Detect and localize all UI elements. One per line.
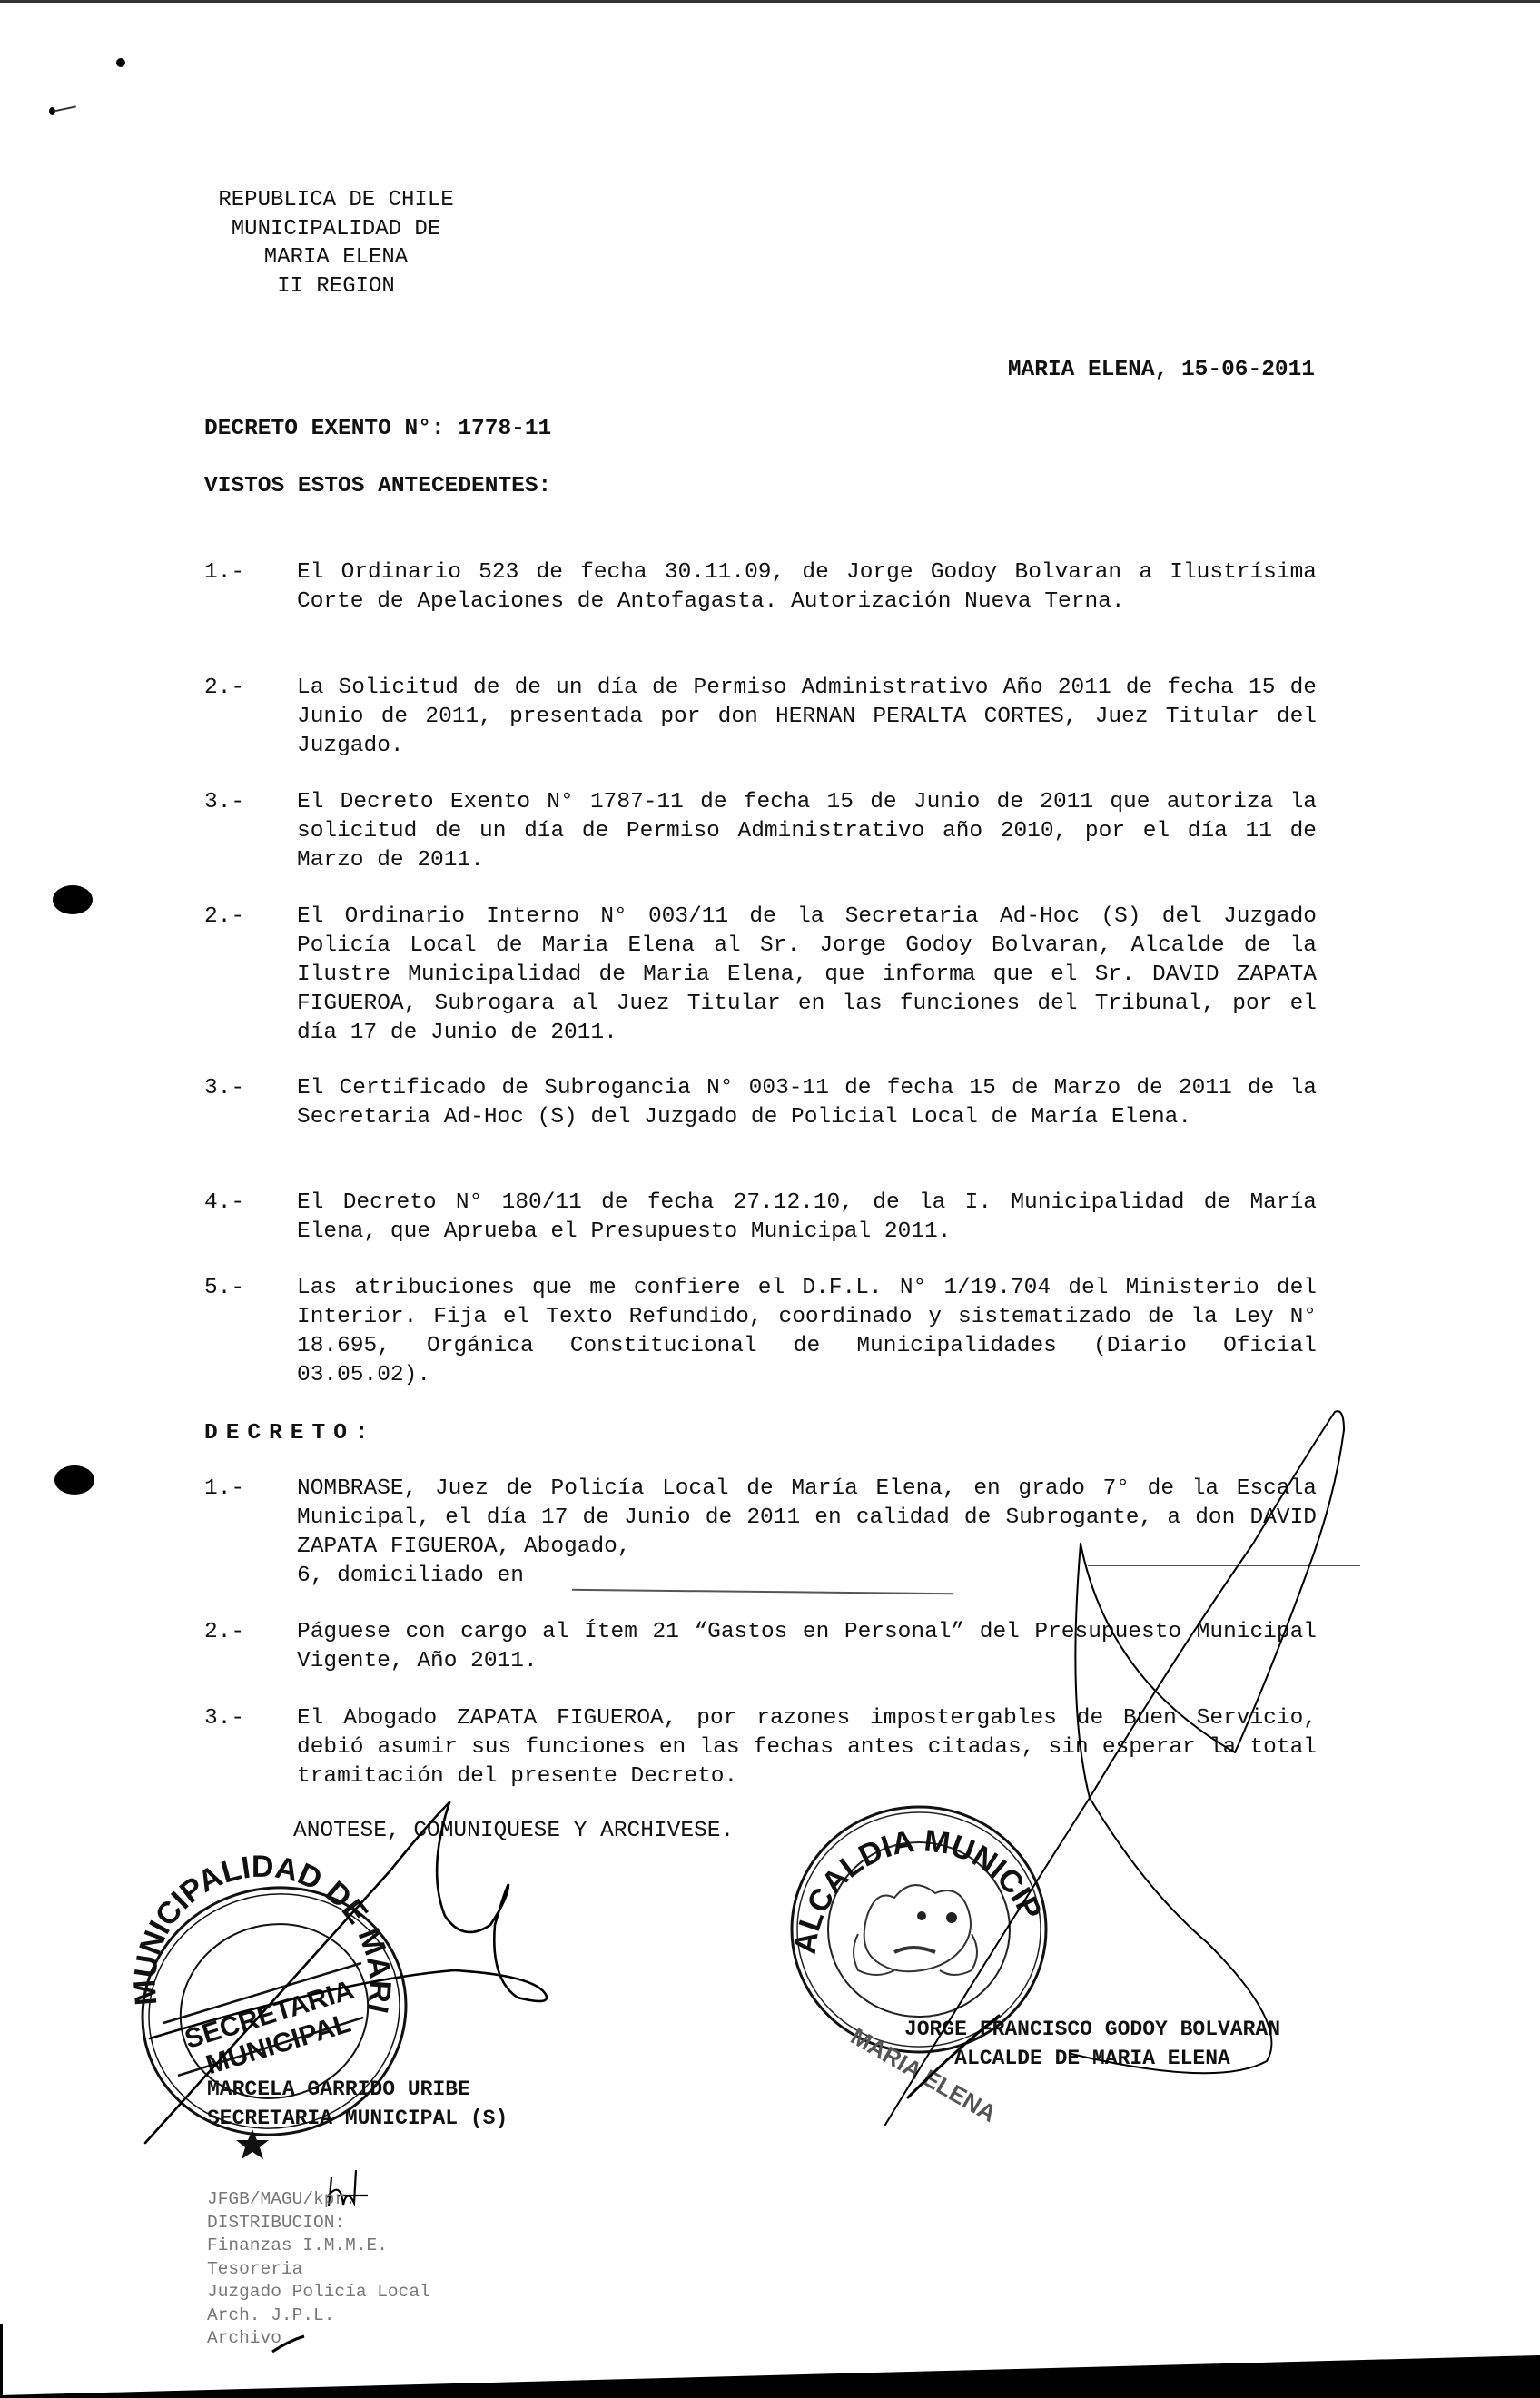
item-text: El Certificado de Subrogancia N° 003-11 … [297, 1074, 1317, 1132]
decree-number: DECRETO EXENTO N°: 1778-11 [204, 415, 551, 444]
item-number: 2.- [204, 1618, 295, 1647]
distribution-item: Finanzas I.M.M.E. [207, 2235, 430, 2258]
scan-mark [116, 58, 125, 67]
letterhead-line: II REGION [182, 272, 490, 301]
decreto-heading: DECRETO: [204, 1419, 377, 1448]
item-number: 2.- [204, 903, 295, 932]
item-text: Las atribuciones que me confiere el D.F.… [297, 1274, 1317, 1390]
vistos-heading: VISTOS ESTOS ANTECEDENTES: [204, 472, 551, 501]
scan-edge-top [0, 0, 1540, 3]
distribution-heading: DISTRIBUCION: [207, 2212, 430, 2235]
signatory-name: JORGE FRANCISCO GODOY BOLVARAN [861, 2015, 1324, 2044]
item-number: 3.- [204, 788, 295, 817]
letterhead-line: MUNICIPALIDAD DE [182, 215, 490, 244]
closing-formula: ANOTESE, COMUNIQUESE Y ARCHIVESE. [293, 1817, 734, 1846]
scan-edge-bottom [0, 2324, 1540, 2398]
item-text: El Decreto Exento N° 1787-11 de fecha 15… [297, 788, 1317, 875]
signatory-right: JORGE FRANCISCO GODOY BOLVARAN ALCALDE D… [861, 2015, 1324, 2073]
signatory-name: MARCELA GARRIDO URIBE [207, 2075, 508, 2104]
item-text: Páguese con cargo al Ítem 21 “Gastos en … [297, 1618, 1317, 1676]
distribution-item: Tesoreria [207, 2258, 430, 2282]
item-text: La Solicitud de de un día de Permiso Adm… [297, 674, 1317, 761]
redaction-patch [1088, 1535, 1360, 1566]
scan-mark [53, 105, 76, 112]
item-number: 1.- [204, 1475, 295, 1504]
item-number: 3.- [204, 1074, 295, 1103]
coat-of-arms-icon [854, 1885, 977, 1975]
item-number: 3.- [204, 1704, 295, 1733]
punch-hole [53, 885, 93, 914]
item-text-line4: 6, domiciliado en [297, 1564, 524, 1588]
item-number: 4.- [204, 1189, 295, 1218]
stamp-center-line2: MUNICIPAL [202, 2008, 354, 2081]
reference-initials: JFGB/MAGU/kpr. [207, 2188, 430, 2212]
item-number: 1.- [204, 558, 295, 587]
place-date: MARIA ELENA, 15-06-2011 [1008, 356, 1315, 385]
distribution-item: Juzgado Policía Local [207, 2281, 430, 2304]
signatory-title: ALCALDE DE MARIA ELENA [861, 2044, 1324, 2073]
item-number: 5.- [204, 1274, 295, 1303]
signatory-title: SECRETARIA MUNICIPAL (S) [207, 2104, 508, 2133]
stamp-center-line1: SECRETARIA [182, 1975, 358, 2055]
letterhead-line: MARIA ELENA [182, 243, 490, 272]
item-text: El Ordinario Interno N° 003/11 de la Sec… [297, 903, 1317, 1048]
item-text: El Ordinario 523 de fecha 30.11.09, de J… [297, 558, 1317, 617]
document-page: REPUBLICA DE CHILE MUNICIPALIDAD DE MARI… [0, 0, 1540, 2398]
item-number: 2.- [204, 674, 295, 703]
letterhead: REPUBLICA DE CHILE MUNICIPALIDAD DE MARI… [182, 186, 490, 301]
letterhead-line: REPUBLICA DE CHILE [182, 186, 490, 215]
punch-hole [54, 1465, 94, 1495]
item-text: El Decreto N° 180/11 de fecha 27.12.10, … [297, 1189, 1317, 1247]
signatory-left: MARCELA GARRIDO URIBE SECRETARIA MUNICIP… [207, 2075, 508, 2133]
item-text: El Abogado ZAPATA FIGUEROA, por razones … [297, 1704, 1317, 1791]
